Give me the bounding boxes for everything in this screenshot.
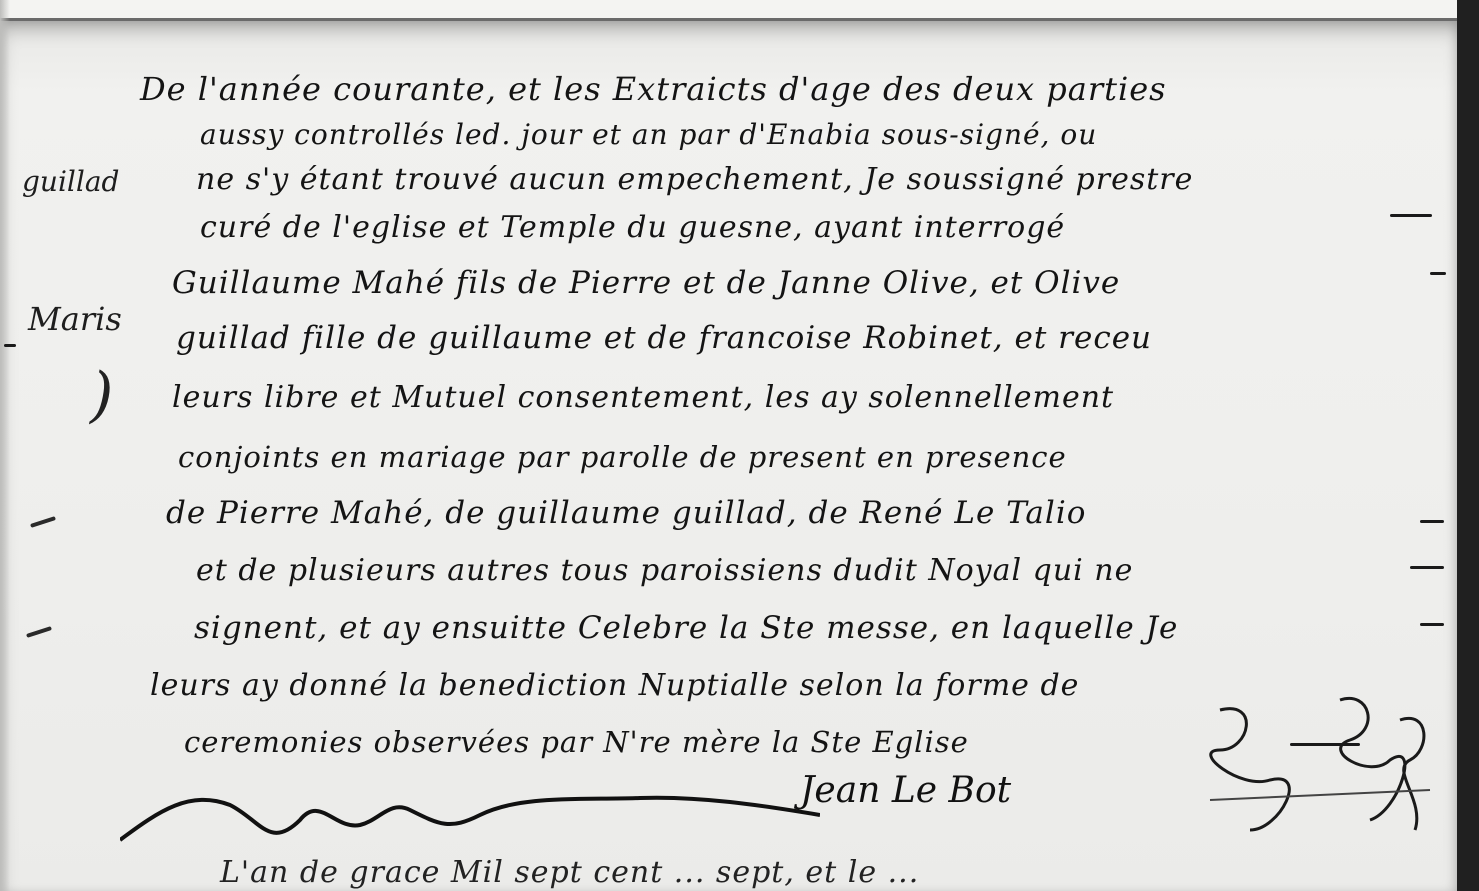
text-line-11: signent, et ay ensuitte Celebre la Ste m… [194, 610, 1178, 646]
text-line-13: ceremonies observées par N're mère la St… [184, 725, 969, 759]
text-line-2: aussy controllés led. jour et an par d'E… [200, 118, 1097, 151]
text-line-8: conjoints en mariage par parolle de pres… [178, 440, 1067, 474]
text-line-6: guillad fille de guillaume et de francoi… [176, 320, 1152, 356]
line-end-dash [1420, 623, 1444, 626]
text-line-1: De l'année courante, et les Extraicts d'… [140, 70, 1167, 108]
line-end-dash [1430, 272, 1446, 275]
priest-signature: Jean Le Bot [800, 770, 1011, 811]
page-binding-shadow [0, 0, 10, 891]
text-line-10: et de plusieurs autres tous paroissiens … [196, 553, 1133, 588]
line-end-dash [1420, 520, 1444, 523]
margin-dash [4, 344, 16, 347]
line-end-dash [1410, 566, 1444, 569]
text-line-9: de Pierre Mahé, de guillaume guillad, de… [166, 495, 1086, 531]
margin-bracket: ) [90, 360, 113, 430]
text-line-3: ne s'y étant trouvé aucun empechement, J… [196, 162, 1193, 197]
scan-border [1457, 0, 1479, 891]
text-line-12: leurs ay donné la benediction Nuptialle … [150, 668, 1079, 703]
text-line-7: leurs libre et Mutuel consentement, les … [172, 380, 1114, 415]
text-line-4: curé de l'eglise et Temple du guesne, ay… [200, 210, 1065, 245]
next-entry-partial-line: L'an de grace Mil sept cent ... sept, et… [220, 855, 919, 890]
paraph-flourish-icon [1180, 690, 1440, 860]
text-line-5: Guillaume Mahé fils de Pierre et de Jann… [172, 265, 1120, 301]
line-end-dash [1390, 214, 1432, 217]
margin-note-maris: Maris [28, 300, 122, 338]
signature-flourish-icon [120, 770, 820, 850]
margin-note-guillad: guillad [22, 165, 119, 198]
page-top-edge [0, 0, 1479, 18]
